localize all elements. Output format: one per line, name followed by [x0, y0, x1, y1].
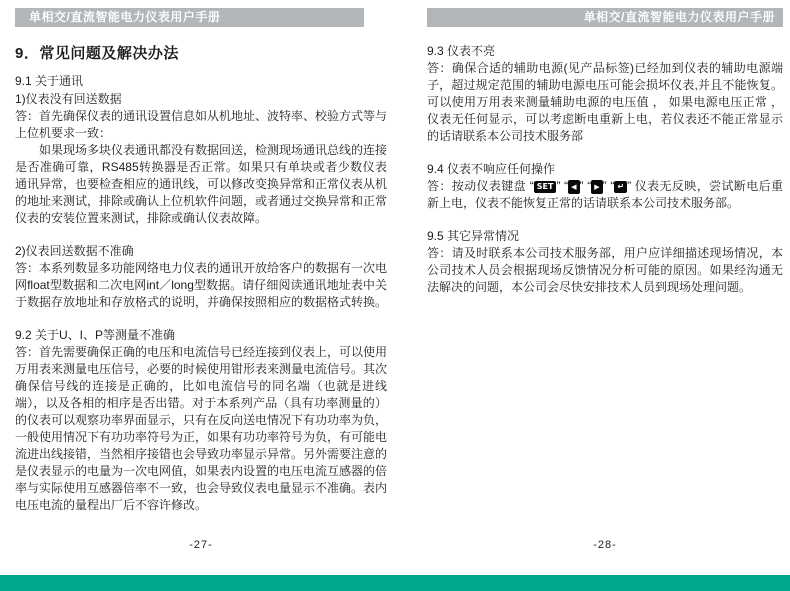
- answer-9-3: 答：确保合适的辅助电源(见产品标签)已经加到仪表的辅助电源端子，超过规定范围的辅…: [427, 60, 783, 145]
- answer-9-4-prefix: 答：按动仪表键盘: [427, 179, 526, 193]
- manual-page-right: 单相交/直流智能电力仪表用户手册 9.3 仪表不亮 答：确保合适的辅助电源(见产…: [427, 8, 783, 553]
- answer-9-1-1-continued: 如果现场多块仪表通讯都没有数据回送，检测现场通讯总线的连接是否准确可靠，RS48…: [15, 142, 387, 227]
- enter-key-icon: ↵: [614, 181, 627, 193]
- answer-9-1-1: 答：首先确保仪表的通讯设置信息如从机地址、波特率、校验方式等与上位机要求一致：: [15, 108, 387, 142]
- answer-9-2: 答：首先需要确保正确的电压和电流信号已经连接到仪表上，可以使用万用表来测量电压信…: [15, 344, 387, 514]
- manual-spread: 单相交/直流智能电力仪表用户手册 9．常见问题及解决办法 9.1 关于通讯 1)…: [0, 0, 790, 591]
- left-arrow-key-icon: ◀: [568, 180, 579, 194]
- section-heading-9-3: 9.3 仪表不亮: [427, 43, 783, 60]
- section-heading-9-4: 9.4 仪表不响应任何操作: [427, 161, 783, 178]
- page-header-bar-left: 单相交/直流智能电力仪表用户手册: [15, 8, 364, 27]
- chapter-title: 9．常见问题及解决办法: [15, 42, 387, 63]
- page-number-left: -27-: [15, 539, 387, 551]
- manual-title-right: 单相交/直流智能电力仪表用户手册: [584, 10, 775, 24]
- question-9-1-1: 1)仪表没有回送数据: [15, 91, 387, 108]
- manual-page-left: 单相交/直流智能电力仪表用户手册 9．常见问题及解决办法 9.1 关于通讯 1)…: [15, 8, 387, 553]
- answer-9-4: 答：按动仪表键盘 “SET” “◀” “▶” “↵” 仪表无反映，尝试断电后重新…: [427, 178, 783, 212]
- quote-mark: ”: [603, 179, 607, 193]
- quote-mark: ”: [580, 179, 584, 193]
- page-header-bar-right: 单相交/直流智能电力仪表用户手册: [427, 8, 783, 27]
- page-number-right: -28-: [427, 539, 783, 551]
- section-heading-9-2: 9.2 关于U、I、P等测量不准确: [15, 327, 387, 344]
- answer-9-5: 答：请及时联系本公司技术服务部，用户应详细描述现场情况，本公司技术人员会根据现场…: [427, 245, 783, 296]
- answer-9-1-2: 答：本系列数显多功能网络电力仪表的通讯开放给客户的数据有一次电网float型数据…: [15, 260, 387, 311]
- quote-mark: ”: [556, 179, 560, 193]
- question-9-1-2: 2)仪表回送数据不准确: [15, 243, 387, 260]
- section-heading-9-5: 9.5 其它异常情况: [427, 228, 783, 245]
- right-arrow-key-icon: ▶: [591, 180, 602, 194]
- quote-mark: ”: [627, 179, 631, 193]
- set-key-icon: SET: [534, 181, 557, 193]
- section-heading-9-1: 9.1 关于通讯: [15, 73, 387, 90]
- manual-title-left: 单相交/直流智能电力仪表用户手册: [29, 10, 220, 24]
- footer-accent-bar: [0, 575, 790, 591]
